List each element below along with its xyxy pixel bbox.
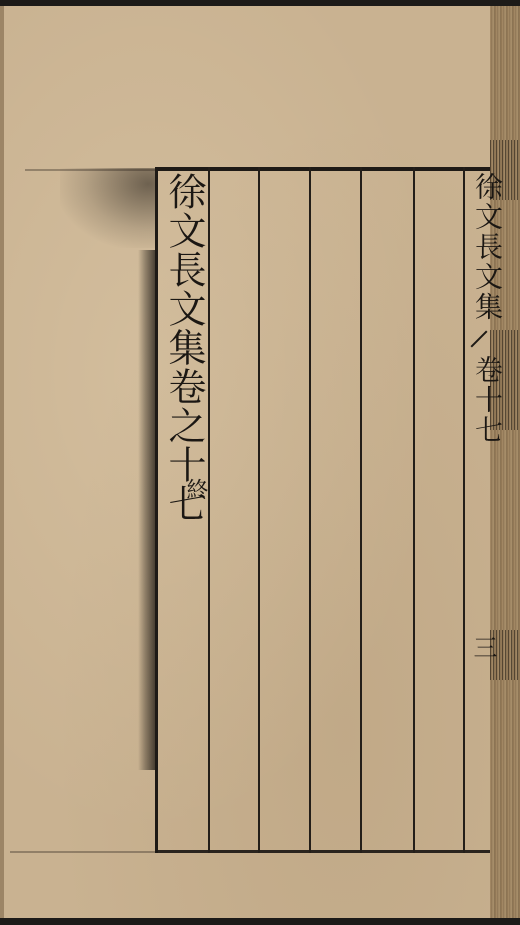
column-divider (309, 167, 311, 853)
printed-frame (157, 167, 490, 853)
ink-smudge (60, 168, 158, 248)
margin-book-title: 徐文長文集 (471, 172, 503, 322)
column-divider (360, 167, 362, 853)
column-divider (258, 167, 260, 853)
offset-frame-line (10, 851, 157, 853)
ink-offset-border (138, 250, 156, 770)
block-center-line (463, 167, 465, 853)
volume-title: 徐文長文集卷之十七 (162, 172, 206, 523)
column-divider (208, 167, 210, 853)
frame-left-border (155, 167, 158, 853)
end-mark: 終 (183, 478, 207, 502)
offset-frame-line (25, 169, 157, 171)
margin-page-number: 三 (470, 635, 496, 661)
margin-volume-number: 卷十七 (471, 355, 503, 445)
column-divider (413, 167, 415, 853)
